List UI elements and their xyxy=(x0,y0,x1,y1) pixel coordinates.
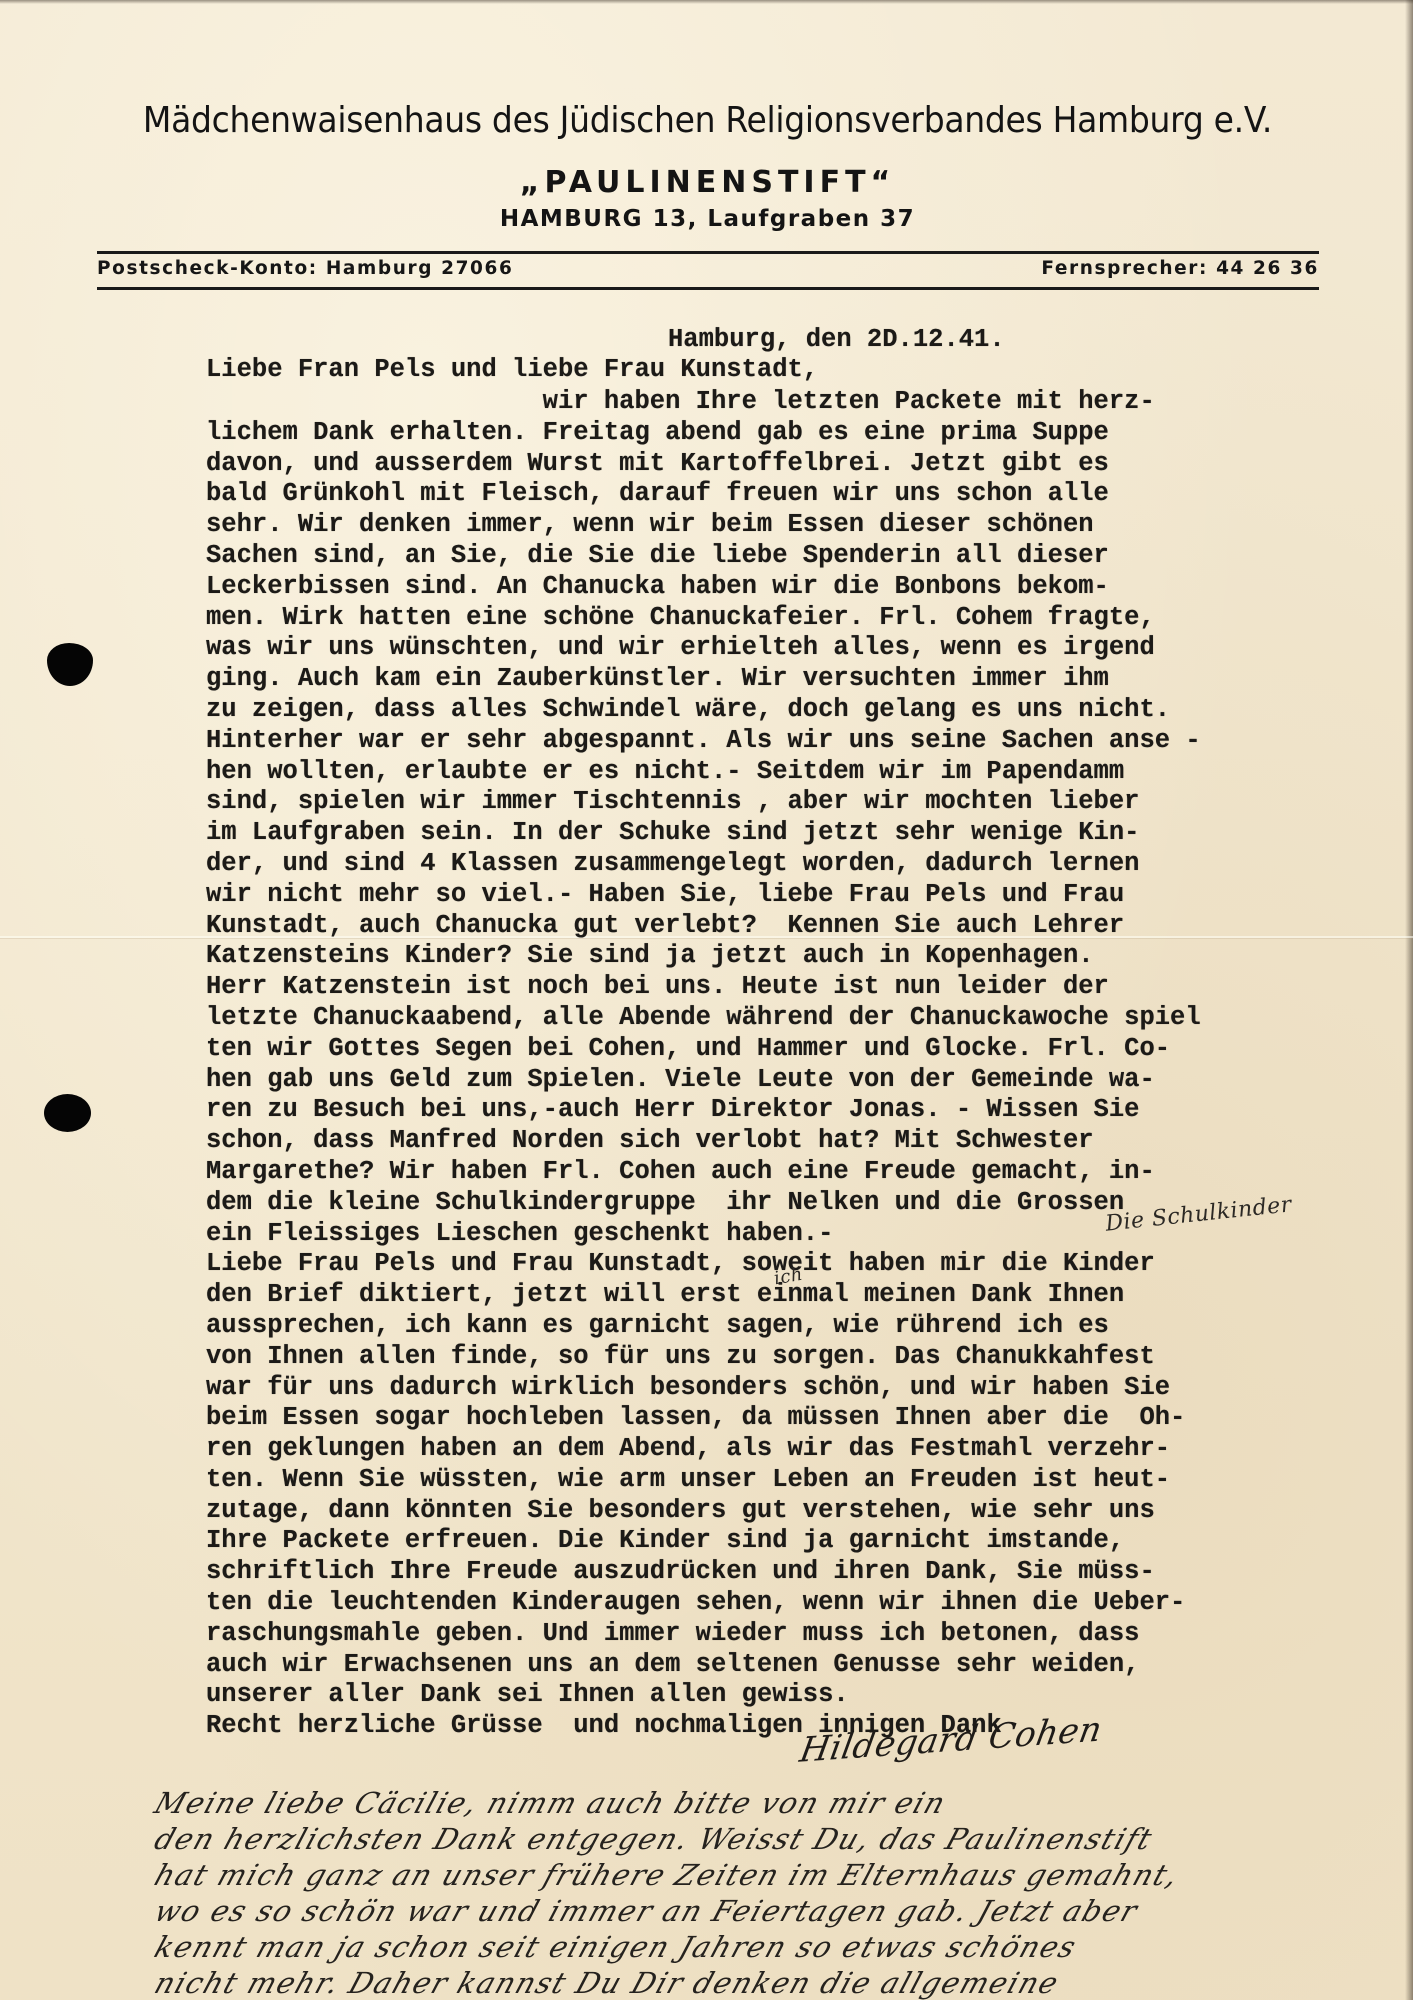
body-line: wir haben Ihre letzten Packete mit herz- xyxy=(206,387,1356,418)
body-line: beim Essen sogar hochleben lassen, da mü… xyxy=(206,1403,1356,1434)
body-line: wir nicht mehr so viel.- Haben Sie, lieb… xyxy=(206,880,1356,911)
body-line: letzte Chanuckaabend, alle Abende währen… xyxy=(206,1003,1356,1034)
handwritten-line: wo es so schön war und immer an Feiertag… xyxy=(150,1893,1413,1929)
letterhead-address: HAMBURG 13, Laufgraben 37 xyxy=(95,206,1320,232)
body-line: ren zu Besuch bei uns,-auch Herr Direkto… xyxy=(206,1095,1356,1126)
paper-edge-right xyxy=(1405,0,1413,2000)
body-line: Recht herzliche Grüsse und nochmaligen i… xyxy=(206,1711,1356,1742)
body-line: Herr Katzenstein ist noch bei uns. Heute… xyxy=(206,972,1356,1003)
body-line: sind, spielen wir immer Tischtennis , ab… xyxy=(206,787,1356,818)
body-line: ten. Wenn Sie wüssten, wie arm unser Leb… xyxy=(206,1465,1356,1496)
punch-hole-icon xyxy=(47,643,93,686)
body-line: aussprechen, ich kann es garnicht sagen,… xyxy=(206,1311,1356,1342)
body-line: davon, und ausserdem Wurst mit Kartoffel… xyxy=(206,449,1356,480)
body-line: Ihre Packete erfreuen. Die Kinder sind j… xyxy=(206,1526,1356,1557)
body-line: raschungsmahle geben. Und immer wieder m… xyxy=(206,1619,1356,1650)
telephone-number: Fernsprecher: 44 26 36 xyxy=(1041,258,1319,279)
handwritten-line: nicht mehr. Daher kannst Du Dir denken d… xyxy=(150,1965,1413,2000)
body-line: men. Wirk hatten eine schöne Chanuckafei… xyxy=(206,603,1356,634)
body-line: Katzensteins Kinder? Sie sind ja jetzt a… xyxy=(206,941,1356,972)
handwritten-line: den herzlichsten Dank entgegen. Weisst D… xyxy=(150,1821,1413,1857)
body-line: hen wollten, erlaubte er es nicht.- Seit… xyxy=(206,757,1356,788)
body-line: der, und sind 4 Klassen zusammengelegt w… xyxy=(206,849,1356,880)
punch-hole-icon xyxy=(44,1094,91,1132)
body-line: lichem Dank erhalten. Freitag abend gab … xyxy=(206,418,1356,449)
body-line: im Laufgraben sein. In der Schuke sind j… xyxy=(206,818,1356,849)
body-line: zutage, dann könnten Sie besonders gut v… xyxy=(206,1496,1356,1527)
letterhead-contact-bar: Postscheck-Konto: Hamburg 27066 Fernspre… xyxy=(97,258,1319,279)
letterhead-organization: Mädchenwaisenhaus des Jüdischen Religion… xyxy=(95,98,1320,140)
body-line: von Ihnen allen finde, so für uns zu sor… xyxy=(206,1342,1356,1373)
handwritten-postscript: Meine liebe Cäcilie, nimm auch bitte von… xyxy=(150,1785,1410,2000)
body-line: zu zeigen, dass alles Schwindel wäre, do… xyxy=(206,695,1356,726)
body-line: was wir uns wünschten, und wir erhielteh… xyxy=(206,633,1356,664)
body-line: Kunstadt, auch Chanucka gut verlebt? Ken… xyxy=(206,911,1356,942)
letterhead-name: „PAULINENSTIFT“ xyxy=(95,165,1320,200)
body-line: auch wir Erwachsenen uns an dem seltenen… xyxy=(206,1650,1356,1681)
body-line: Leckerbissen sind. An Chanucka haben wir… xyxy=(206,572,1356,603)
letterhead-rule-bottom xyxy=(97,287,1319,290)
letter-salutation: Liebe Fran Pels und liebe Frau Kunstadt, xyxy=(206,355,818,384)
handwritten-line: Meine liebe Cäcilie, nimm auch bitte von… xyxy=(150,1785,1413,1821)
paper-edge-top xyxy=(0,0,1413,4)
body-line: schon, dass Manfred Norden sich verlobt … xyxy=(206,1126,1356,1157)
body-line: ten die leuchtenden Kinderaugen sehen, w… xyxy=(206,1588,1356,1619)
body-line: Sachen sind, an Sie, die Sie die liebe S… xyxy=(206,541,1356,572)
body-line: Hinterher war er sehr abgespannt. Als wi… xyxy=(206,726,1356,757)
body-line: hen gab uns Geld zum Spielen. Viele Leut… xyxy=(206,1065,1356,1096)
body-line: ten wir Gottes Segen bei Cohen, und Hamm… xyxy=(206,1034,1356,1065)
body-line: Margarethe? Wir haben Frl. Cohen auch ei… xyxy=(206,1157,1356,1188)
handwritten-line: kennt man ja schon seit einigen Jahren s… xyxy=(150,1929,1413,1965)
body-line: war für uns dadurch wirklich besonders s… xyxy=(206,1373,1356,1404)
letter-body: wir haben Ihre letzten Packete mit herz-… xyxy=(206,387,1356,1773)
body-line xyxy=(206,1742,1356,1773)
letter-date: Hamburg, den 2D.12.41. xyxy=(668,325,1005,354)
body-line: ging. Auch kam ein Zauberkünstler. Wir v… xyxy=(206,664,1356,695)
body-line: unserer aller Dank sei Ihnen allen gewis… xyxy=(206,1680,1356,1711)
postscheck-account: Postscheck-Konto: Hamburg 27066 xyxy=(97,258,513,279)
letterhead-rule-top xyxy=(97,251,1319,254)
body-line: ren geklungen haben an dem Abend, als wi… xyxy=(206,1434,1356,1465)
body-line: schriftlich Ihre Freude auszudrücken und… xyxy=(206,1557,1356,1588)
letter-page: Mädchenwaisenhaus des Jüdischen Religion… xyxy=(0,0,1413,2000)
handwritten-line: hat mich ganz an unser frühere Zeiten im… xyxy=(150,1857,1413,1893)
body-line: bald Grünkohl mit Fleisch, darauf freuen… xyxy=(206,479,1356,510)
body-line: sehr. Wir denken immer, wenn wir beim Es… xyxy=(206,510,1356,541)
